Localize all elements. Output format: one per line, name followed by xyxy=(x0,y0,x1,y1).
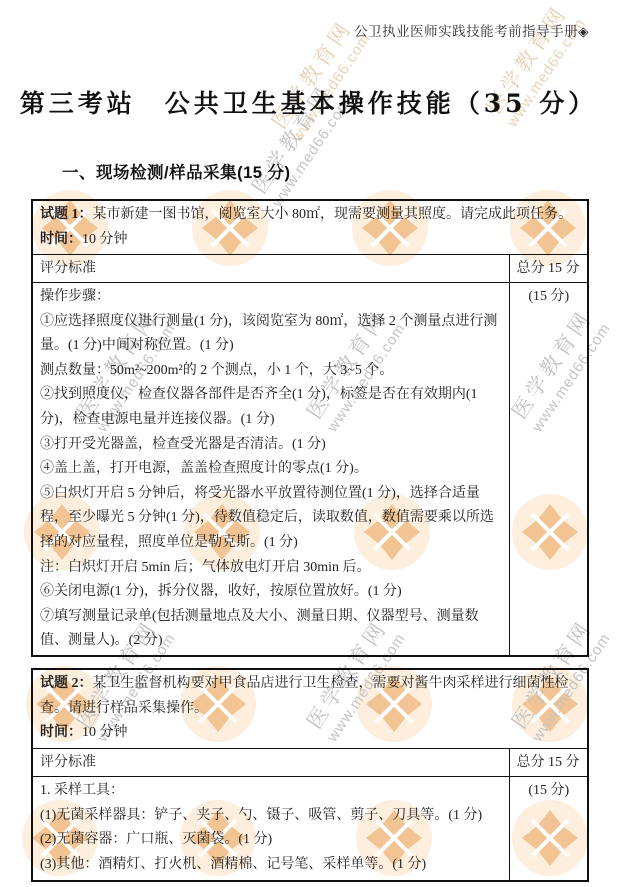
question-2-statement: 试题 2：某卫生监督机构要对甲食品店进行卫生检查，需要对酱牛肉采样进行细菌性检查… xyxy=(40,672,581,721)
page: 公卫执业医师实践技能考前指导手册◈ 第三考站 公共卫生基本操作技能（35 分） … xyxy=(0,0,617,887)
question-1-steps-cell: 操作步骤：①应选择照度仪进行测量(1 分)，该阅览室为 80㎡，选择 2 个测量… xyxy=(32,283,509,656)
total-score-header-cell: 总分 15 分 xyxy=(509,749,588,777)
question-1-table: 试题 1：某市新建一图书馆，阅览室大小 80㎡，现需要测量其照度。请完成此项任务… xyxy=(31,199,589,657)
time-label: 时间： xyxy=(40,725,82,740)
time-text: 10 分钟 xyxy=(82,725,128,740)
total-score-header-cell: 总分 15 分 xyxy=(509,255,588,283)
question-text: 某市新建一图书馆，阅览室大小 80㎡，现需要测量其照度。请完成此项任务。 xyxy=(93,207,573,222)
question-text: 某卫生监督机构要对甲食品店进行卫生检查，需要对酱牛肉采样进行细菌性检查。请进行样… xyxy=(40,676,569,716)
criteria-header-cell: 评分标准 xyxy=(32,749,509,777)
text-line: ⑦填写测量记录单(包括测量地点及大小、测量日期、仪器型号、测量数值、测量人)。(… xyxy=(40,605,503,654)
section-heading: 一、现场检测/样品采集(15 分) xyxy=(62,159,291,183)
question-1-score-cell: (15 分) xyxy=(509,283,588,656)
text-line: 1. 采样工具： xyxy=(40,779,503,804)
text-line: ④盖上盖，打开电源，盖盖检查照度计的零点(1 分)。 xyxy=(40,457,503,482)
question-2-statement-cell: 试题 2：某卫生监督机构要对甲食品店进行卫生检查，需要对酱牛肉采样进行细菌性检查… xyxy=(32,669,588,749)
text-line: ①应选择照度仪进行测量(1 分)，该阅览室为 80㎡，选择 2 个测量点进行测量… xyxy=(40,310,503,359)
time-text: 10 分钟 xyxy=(82,232,128,247)
text-line: ⑤白炽灯开启 5 分钟后，将受光器水平放置待测位置(1 分)，选择合适量程，至少… xyxy=(40,482,503,556)
text-line: ②找到照度仪，检查仪器各部件是否齐全(1 分)，标签是否在有效期内(1 分)，检… xyxy=(40,383,503,432)
question-2-time: 时间：10 分钟 xyxy=(40,721,581,746)
text-line: (2)无菌容器：广口瓶、灭菌袋。(1 分) xyxy=(40,828,503,853)
text-line: (1)无菌采样器具：铲子、夹子、勺、镊子、吸管、剪子、刀具等。(1 分) xyxy=(40,804,503,829)
time-label: 时间： xyxy=(40,232,82,247)
question-1-statement-cell: 试题 1：某市新建一图书馆，阅览室大小 80㎡，现需要测量其照度。请完成此项任务… xyxy=(32,200,588,255)
text-line: 测点数量：50m²~200m²的 2 个测点，小 1 个，大 3~5 个。 xyxy=(40,359,503,384)
question-2-score-cell: (15 分) xyxy=(509,777,588,882)
question-2-steps-cell: 1. 采样工具：(1)无菌采样器具：铲子、夹子、勺、镊子、吸管、剪子、刀具等。(… xyxy=(32,777,509,882)
question-label: 试题 2： xyxy=(40,676,93,691)
question-label: 试题 1： xyxy=(40,207,93,222)
question-2-table: 试题 2：某卫生监督机构要对甲食品店进行卫生检查，需要对酱牛肉采样进行细菌性检查… xyxy=(31,668,589,882)
page-header-text: 公卫执业医师实践技能考前指导手册◈ xyxy=(354,20,589,40)
text-line: (3)其他：酒精灯、打火机、酒精棉、记号笔、采样单等。(1 分) xyxy=(40,853,503,878)
criteria-header-cell: 评分标准 xyxy=(32,255,509,283)
question-1-statement: 试题 1：某市新建一图书馆，阅览室大小 80㎡，现需要测量其照度。请完成此项任务… xyxy=(40,203,581,228)
text-line: ⑥关闭电源(1 分)，拆分仪器，收好，按原位置放好。(1 分) xyxy=(40,580,503,605)
text-line: ③打开受光器盖，检查受光器是否清洁。(1 分) xyxy=(40,433,503,458)
text-line: 注：白炽灯开启 5min 后；气体放电灯开启 30min 后。 xyxy=(40,556,503,581)
question-1-time: 时间：10 分钟 xyxy=(40,228,581,253)
text-line: 操作步骤： xyxy=(40,285,503,310)
page-title: 第三考站 公共卫生基本操作技能（35 分） xyxy=(0,84,617,120)
